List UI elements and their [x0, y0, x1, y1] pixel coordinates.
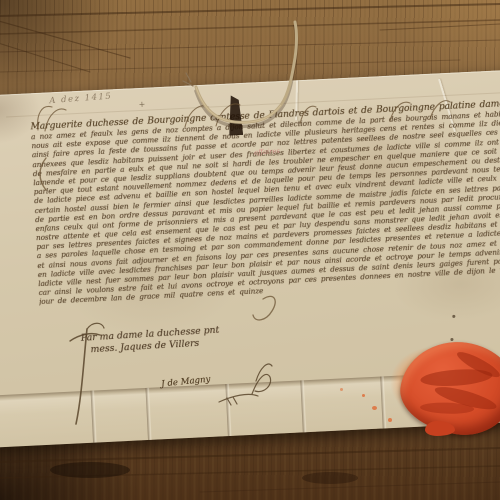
fold-crease [91, 391, 98, 443]
manuscript-text-block: Marguerite duchesse de Bourgoingne conte… [30, 99, 500, 306]
fold-crease [225, 384, 232, 436]
pencil-plus-mark: + [138, 100, 145, 109]
wax-fleck [340, 388, 343, 391]
fold-crease [145, 388, 152, 440]
ink-speck [452, 315, 455, 318]
red-chalk-annotation: affaires [254, 147, 280, 157]
wax-fleck [372, 406, 377, 410]
cord-fray [183, 73, 193, 86]
chancery-endorsement: Par ma dame la duchesse pnt mess. Jaques… [81, 325, 221, 356]
archival-pencil-note: A dez 1415 [49, 91, 113, 106]
wax-fleck [362, 394, 365, 397]
wax-fleck [388, 418, 392, 422]
photo-of-parchment-charter: A dez 1415 + Marguerite duchesse de Bour… [0, 0, 500, 500]
fold-crease [300, 380, 307, 432]
wax-drip [425, 421, 455, 436]
